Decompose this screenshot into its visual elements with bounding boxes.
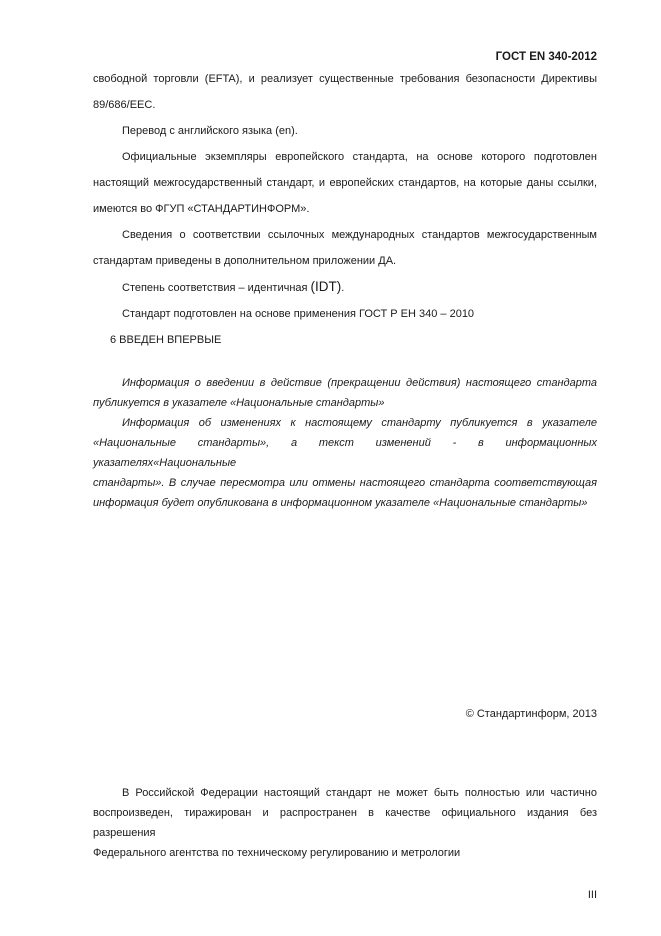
idt-code: (IDT) bbox=[311, 279, 342, 294]
reproduction-restriction-section: В Российской Федерации настоящий стандар… bbox=[93, 783, 597, 863]
restriction-line-1: В Российской Федерации настоящий стандар… bbox=[93, 783, 597, 803]
restriction-line-2: воспроизведен, тиражирован и распростран… bbox=[93, 803, 597, 843]
foreword-section: свободной торговли (EFTA), и реализует с… bbox=[93, 66, 597, 353]
publication-note-section: Информация о введении в действие (прекра… bbox=[93, 373, 597, 513]
official-copies-line-2: настоящий межгосударственный стандарт, и… bbox=[93, 170, 597, 196]
publication-note-line-4: «Национальные стандарты», а текст измене… bbox=[93, 433, 597, 473]
degree-of-correspondence-line: Степень соответствия – идентичная (IDT). bbox=[93, 274, 597, 301]
publication-note-line-3: Информация об изменениях к настоящему ст… bbox=[93, 413, 597, 433]
official-copies-line-1: Официальные экземпляры европейского стан… bbox=[93, 144, 597, 170]
references-line-1: Сведения о соответствии ссылочных междун… bbox=[93, 222, 597, 248]
restriction-line-3: Федерального агентства по техническому р… bbox=[93, 843, 597, 863]
introduced-first-time-line: 6 ВВЕДЕН ВПЕРВЫЕ bbox=[93, 327, 597, 353]
document-page: ГОСТ EN 340-2012 свободной торговли (EFT… bbox=[0, 0, 661, 936]
copyright-notice: © Стандартинформ, 2013 bbox=[93, 706, 597, 722]
publication-note-line-1: Информация о введении в действие (прекра… bbox=[93, 373, 597, 393]
page-number: III bbox=[93, 888, 597, 902]
degree-suffix: . bbox=[341, 282, 344, 294]
publication-note-line-5: стандарты». В случае пересмотра или отме… bbox=[93, 473, 597, 493]
translation-line: Перевод с английского языка (en). bbox=[93, 118, 597, 144]
efta-paragraph-line-2: 89/686/ЕЕС. bbox=[93, 92, 597, 118]
publication-note-line-6: информация будет опубликована в информац… bbox=[93, 493, 597, 513]
efta-paragraph-line-1: свободной торговли (EFTA), и реализует с… bbox=[93, 66, 597, 92]
official-copies-line-3: имеются во ФГУП «СТАНДАРТИНФОРМ». bbox=[93, 196, 597, 222]
document-header: ГОСТ EN 340-2012 bbox=[93, 50, 597, 64]
publication-note-line-2: публикуется в указателе «Национальные ст… bbox=[93, 393, 597, 413]
degree-prefix: Степень соответствия – идентичная bbox=[122, 282, 311, 294]
references-line-2: стандартам приведены в дополнительном пр… bbox=[93, 248, 597, 274]
basis-line: Стандарт подготовлен на основе применени… bbox=[93, 301, 597, 327]
